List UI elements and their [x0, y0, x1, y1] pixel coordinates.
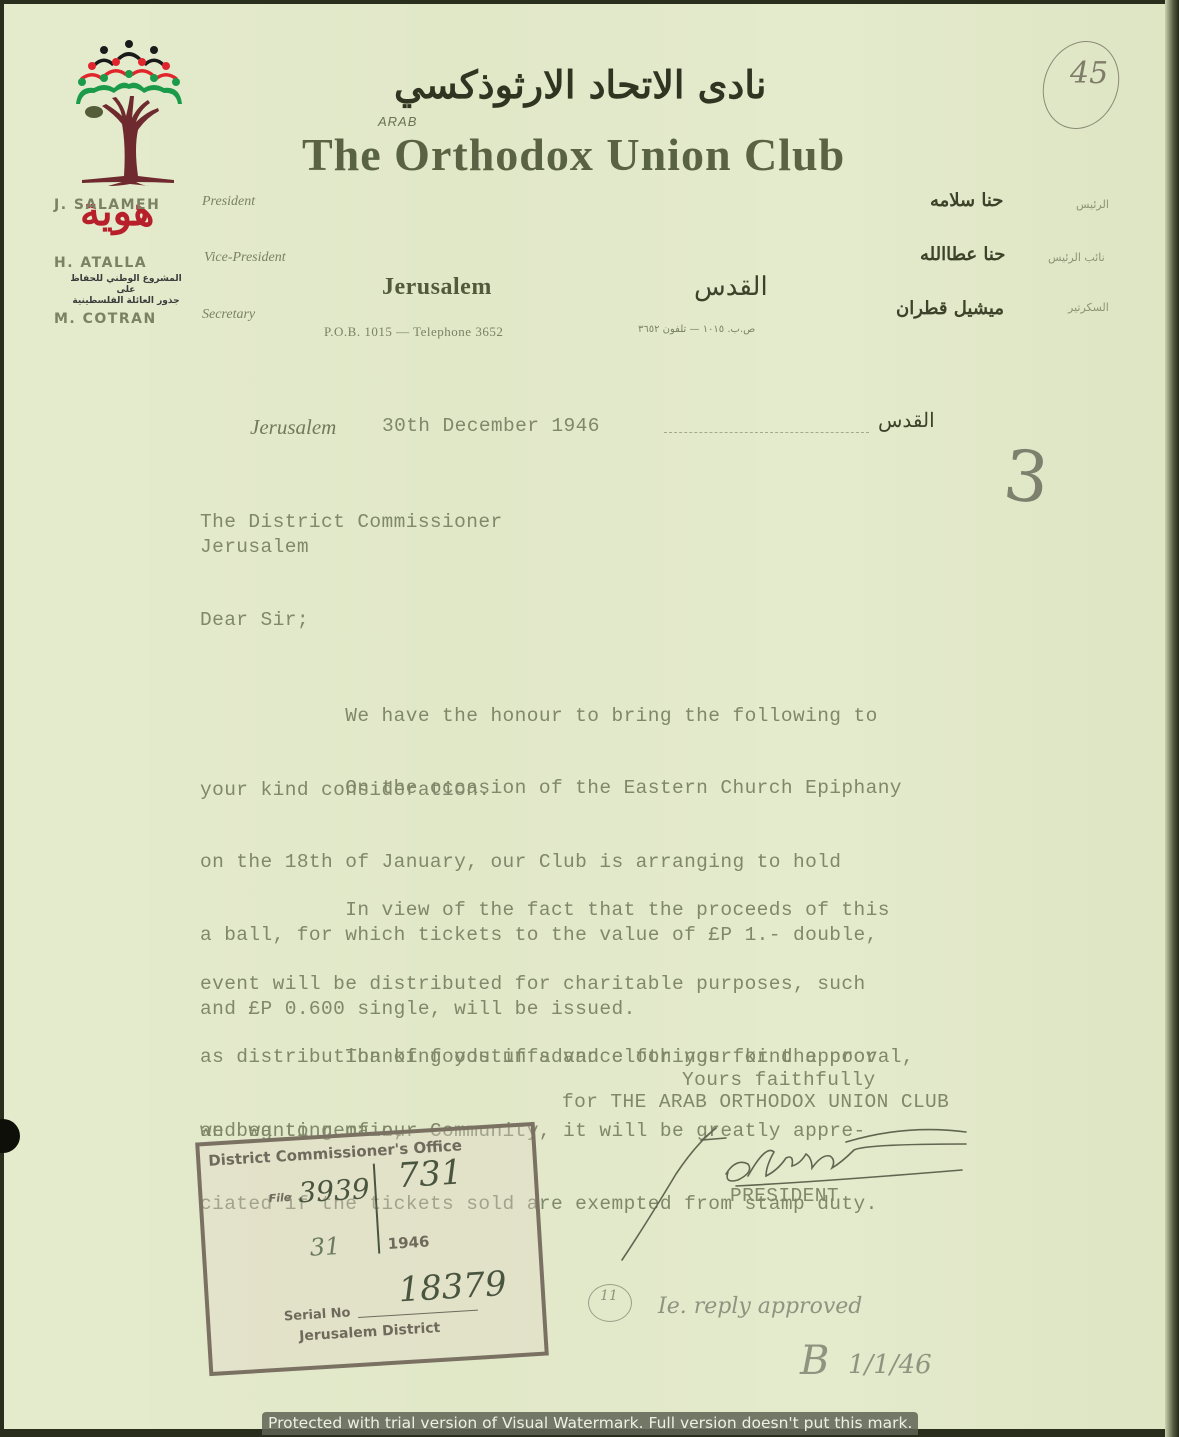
letter-page: هوية المشروع الوطني للحفاظ على جذور العا…	[4, 4, 1168, 1429]
officer-name-president: J. SALAMEH	[54, 197, 160, 213]
annotation-circle-number: 11	[600, 1288, 618, 1304]
watermark-banner: Protected with trial version of Visual W…	[262, 1412, 918, 1435]
salutation: Dear Sir;	[200, 608, 309, 633]
stamp-day: 31	[309, 1232, 341, 1262]
signer-title: PRESIDENT	[730, 1184, 839, 1209]
date-prefix: Jerusalem	[250, 415, 336, 440]
officer-ar-role-vice-president: نائب الرئيس	[1048, 251, 1105, 264]
letterhead-city-ar: القدس	[694, 272, 768, 302]
handwritten-insert-arab: ARAB	[378, 114, 417, 129]
annotation-date: 1/1/46	[848, 1350, 932, 1380]
letter-date: 30th December 1946	[382, 414, 600, 439]
officer-ar-name-vice-president: حنا عطاالله	[920, 244, 1005, 265]
stamp-file-no: 3939	[297, 1172, 370, 1209]
date-underline	[664, 432, 869, 433]
stamp-serial-label: Serial No	[284, 1305, 351, 1324]
stamp-file-no-2: 731	[396, 1152, 463, 1196]
annotation-text: Ie. reply approved	[658, 1294, 862, 1319]
letterhead-english-title: The Orthodox Union Club	[302, 128, 845, 181]
officer-ar-name-president: حنا سلامه	[930, 190, 1003, 211]
officer-role-vice-president: Vice-President	[204, 250, 286, 266]
folio-number: 45	[1070, 56, 1108, 91]
officer-name-vice-president: H. ATALLA	[54, 255, 147, 271]
stamp-serial-no: 18379	[397, 1264, 507, 1311]
officer-name-secretary: M. COTRAN	[54, 311, 157, 327]
officer-ar-role-secretary: السكرتير	[1068, 301, 1109, 314]
letterhead-pob-ar: ص.ب. ١٠١٥ — تلفون ٣٦٥٢	[638, 324, 755, 335]
recipient-line-2: Jerusalem	[200, 535, 309, 560]
annotation-initials: B	[800, 1338, 829, 1384]
officer-role-president: President	[202, 194, 255, 210]
stamp-year: 1946	[387, 1232, 430, 1253]
officer-ar-name-secretary: ميشيل قطران	[896, 298, 1004, 319]
scan-edge	[1165, 0, 1179, 1437]
closing: Yours faithfully	[682, 1068, 876, 1093]
stamp-serial-line	[358, 1310, 478, 1318]
district-commissioner-stamp: District Commissioner's Office File 3939…	[195, 1122, 549, 1376]
family-tree-logo-icon	[74, 36, 184, 186]
page-mark: 3	[1000, 434, 1053, 520]
letterhead-pob-en: P.O.B. 1015 — Telephone 3652	[324, 324, 503, 340]
letterhead-arabic-title: نادى الاتحاد الارثوذكسي	[394, 62, 767, 107]
officer-ar-role-president: الرئيس	[1076, 198, 1109, 211]
overlay-logo-subtitle: المشروع الوطني للحفاظ على جذور العائلة ا…	[60, 274, 192, 307]
closing-for: for THE ARAB ORTHODOX UNION CLUB	[562, 1090, 949, 1115]
recipient-line-1: The District Commissioner	[200, 510, 503, 535]
officer-role-secretary: Secretary	[202, 307, 255, 323]
punch-hole	[0, 1119, 20, 1153]
stamp-divider	[373, 1164, 380, 1254]
letterhead-city-en: Jerusalem	[382, 274, 492, 301]
stamp-footer: Jerusalem District	[299, 1320, 441, 1345]
date-arabic-label: القدس	[878, 408, 935, 432]
stamp-file-label: File	[268, 1191, 291, 1205]
